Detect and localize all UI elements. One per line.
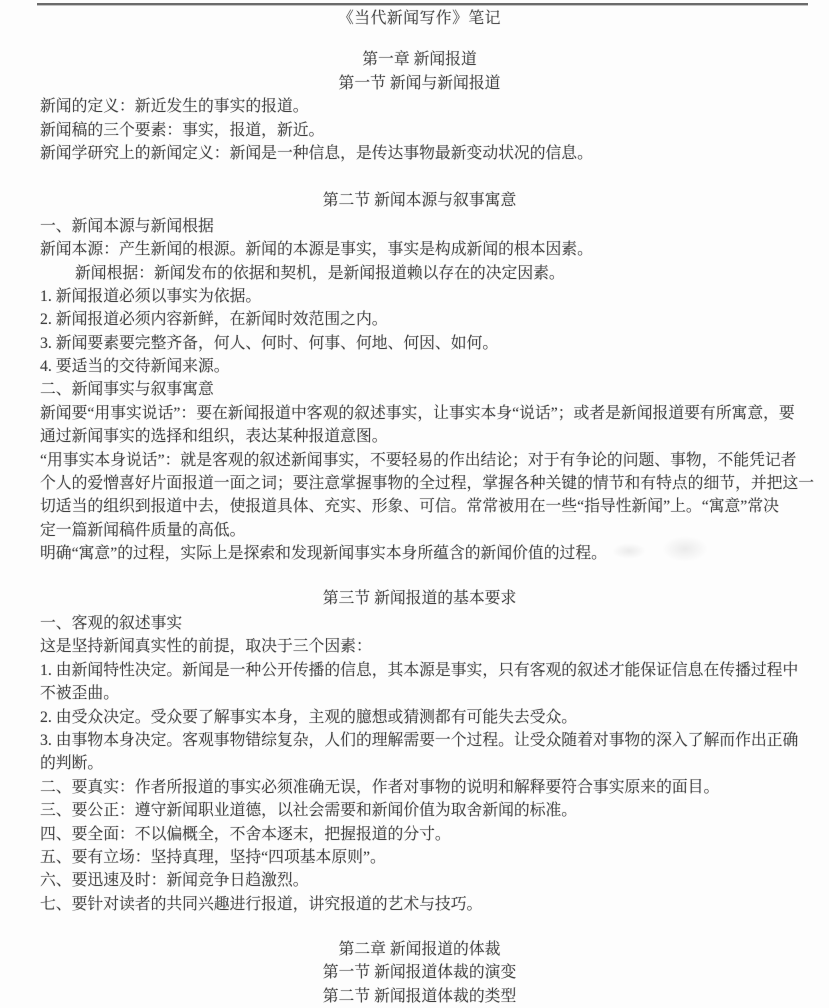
doc-line: 一、新闻本源与新闻根据 [40,215,799,238]
doc-line: 3. 由事物本身决定。客观事物错综复杂，人们的理解需要一个过程。让受众随着对事物… [40,729,799,752]
document-content: 《当代新闻写作》笔记 第一章 新闻报道 第一节 新闻与新闻报道 新闻的定义：新近… [0,0,829,1008]
doc-line: 六、要迅速及时：新闻竞争日趋激烈。 [40,869,799,892]
chapter-1-heading: 第一章 新闻报道 [40,48,799,71]
section-1-1-heading: 第一节 新闻与新闻报道 [40,72,799,95]
doc-line: 四、要全面：不以偏概全，不舍本逐末，把握报道的分寸。 [40,823,799,846]
doc-line: 新闻根据：新闻发布的依据和契机，是新闻报道赖以存在的决定因素。 [40,262,799,285]
doc-line: 五、要有立场：坚持真理，坚持“四项基本原则”。 [40,846,799,869]
doc-line: 二、要真实：作者所报道的事实必须准确无误，作者对事物的说明和解释要符合事实原来的… [40,776,799,799]
doc-line: 1. 新闻报道必须以事实为依据。 [40,285,799,308]
doc-line: 通过新闻事实的选择和组织，表达某种报道意图。 [40,425,799,448]
doc-line: 新闻本源：产生新闻的根源。新闻的本源是事实，事实是构成新闻的根本因素。 [40,238,799,261]
doc-line: 4. 要适当的交待新闻来源。 [40,355,799,378]
doc-line: 新闻要“用事实说话”：要在新闻报道中客观的叙述事实，让事实本身“说话”；或者是新… [40,402,799,425]
doc-line: 2. 由受众决定。受众要了解事实本身，主观的臆想或猜测都有可能失去受众。 [40,706,799,729]
doc-line: 3. 新闻要素要完整齐备，何人、何时、何事、何地、何因、如何。 [40,332,799,355]
doc-line: 三、要公正：遵守新闻职业道德，以社会需要和新闻价值为取舍新闻的标准。 [40,799,799,822]
chapter-2-heading: 第二章 新闻报道的体裁 [40,938,799,961]
doc-line: 切适当的组织到报道中去，使报道具体、充实、形象、可信。常常被用在一些“指导性新闻… [40,495,799,518]
section-1-3-heading: 第三节 新闻报道的基本要求 [40,587,799,610]
section-2-1-heading: 第一节 新闻报道体裁的演变 [40,961,799,984]
doc-line: 的判断。 [40,752,799,775]
doc-line: 1. 由新闻特性决定。新闻是一种公开传播的信息，其本源是事实，只有客观的叙述才能… [40,659,799,682]
scanned-document-page: 《当代新闻写作》笔记 第一章 新闻报道 第一节 新闻与新闻报道 新闻的定义：新近… [0,0,829,1008]
doc-line: 一、客观的叙述事实 [40,612,799,635]
doc-line: 新闻稿的三个要素：事实，报道，新近。 [40,119,799,142]
section-1-2-heading: 第二节 新闻本源与叙事寓意 [40,189,799,212]
doc-line: 个人的爱憎喜好片面报道一面之词；要注意掌握事物的全过程，掌握各种关键的情节和有特… [40,472,799,495]
doc-line: 七、要针对读者的共同兴趣进行报道，讲究报道的艺术与技巧。 [40,893,799,916]
section-2-2-heading: 第二节 新闻报道体裁的类型 [40,985,799,1008]
doc-line: 这是坚持新闻真实性的前提，取决于三个因素： [40,635,799,658]
doc-line: 二、新闻事实与叙事寓意 [40,378,799,401]
doc-line: 明确“寓意”的过程，实际上是探索和发现新闻事实本身所蕴含的新闻价值的过程。 [40,542,799,565]
doc-line: “用事实本身说话”：就是客观的叙述新闻事实，不要轻易的作出结论；对于有争论的问题… [40,449,799,472]
doc-line: 新闻学研究上的新闻定义：新闻是一种信息，是传达事物最新变动状况的信息。 [40,142,799,165]
doc-line: 定一篇新闻稿件质量的高低。 [40,519,799,542]
doc-line: 不被歪曲。 [40,682,799,705]
doc-line: 新闻的定义：新近发生的事实的报道。 [40,95,799,118]
doc-line: 2. 新闻报道必须内容新鲜，在新闻时效范围之内。 [40,308,799,331]
document-title: 《当代新闻写作》笔记 [40,7,799,30]
